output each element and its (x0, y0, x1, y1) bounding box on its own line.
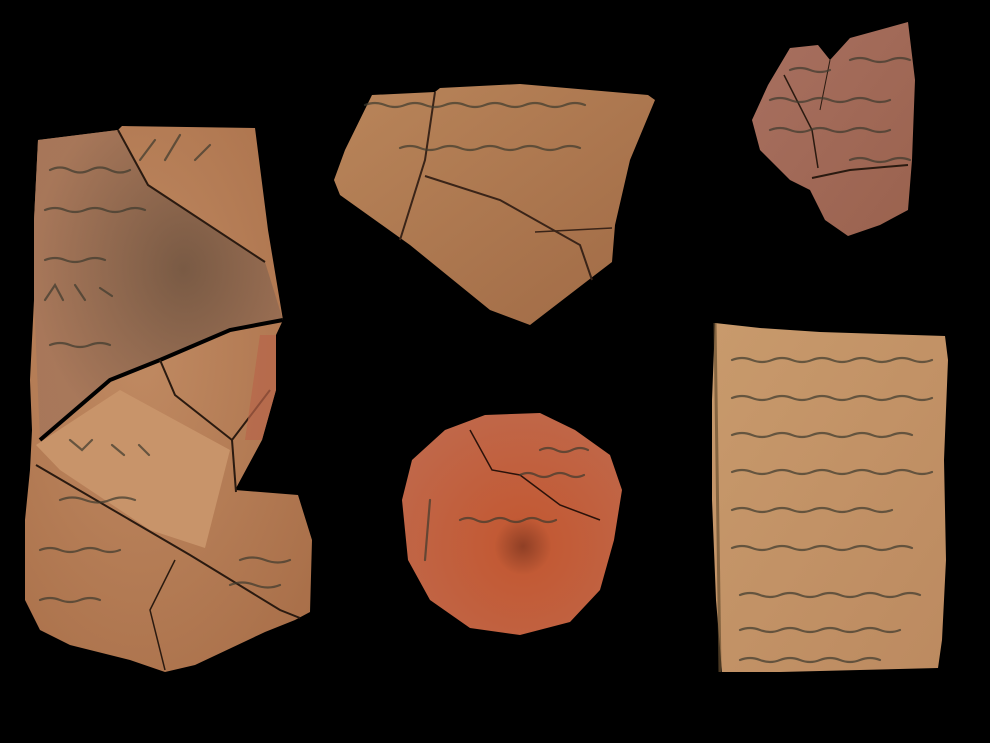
round-ostracon (402, 413, 622, 635)
ostraca-photo (0, 0, 990, 743)
rectangular-ostracon (712, 323, 948, 672)
photo-scene (0, 0, 990, 743)
large-ostracon (25, 126, 312, 672)
wide-ostracon (334, 84, 655, 325)
